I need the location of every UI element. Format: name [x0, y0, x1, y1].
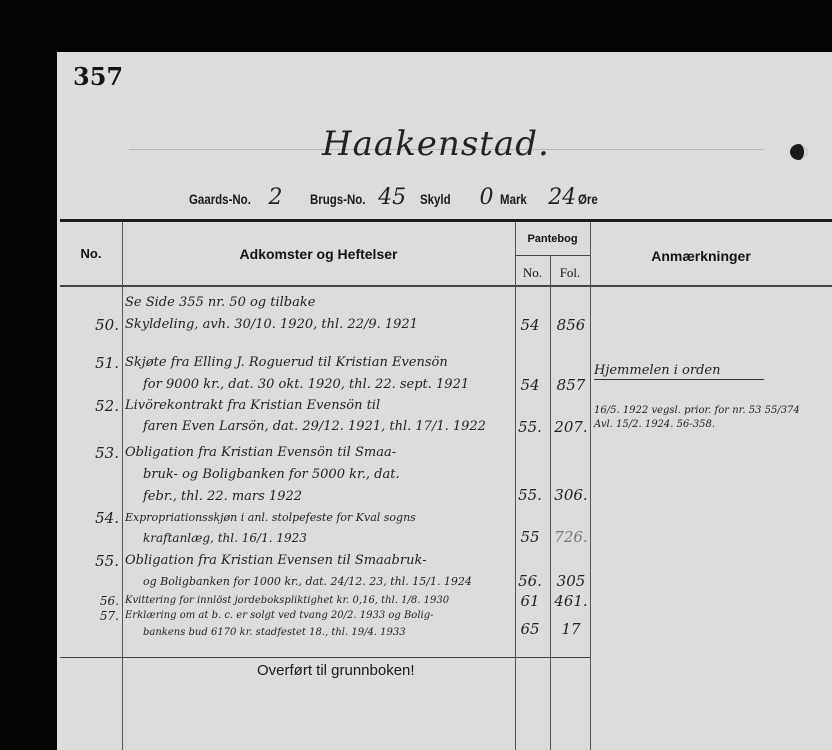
- entry-number: 57.: [57, 609, 119, 623]
- brugs-no-label: Brugs-No.: [310, 191, 365, 207]
- entry-number: 53.: [57, 444, 119, 462]
- pantebog-no: 55: [515, 528, 545, 546]
- pantebog-no: 54: [515, 376, 545, 394]
- pantebog-no: 61: [515, 592, 545, 610]
- intro-line: Se Side 355 nr. 50 og tilbake: [125, 292, 510, 313]
- entry-number: 52.: [57, 397, 119, 415]
- table-top-rule: [60, 219, 832, 222]
- remark-deleted: Avl. 15/2. 1924. 56-358.: [594, 418, 826, 431]
- pantebog-sub-rule: [515, 255, 590, 256]
- pantebog-fol: 207.: [552, 418, 590, 436]
- pantebog-fol: 17: [552, 620, 590, 638]
- entry-text-cont: bruk- og Boligbanken for 5000 kr., dat.: [125, 464, 510, 485]
- entry-number: 54.: [57, 509, 119, 527]
- col-divider-pb-no: [550, 256, 551, 750]
- skyld-label: Skyld: [420, 191, 451, 207]
- gaards-no-label: Gaards-No.: [189, 191, 251, 207]
- page-number: 357: [73, 62, 123, 91]
- entry-number: 55.: [57, 552, 119, 570]
- pantebog-fol: 856: [552, 316, 590, 334]
- entry-text-cont: bankens bud 6170 kr. stadfestet 18., thl…: [125, 622, 510, 643]
- entry-text: Expropriationsskjøn i anl. stolpefeste f…: [125, 507, 510, 528]
- pantebog-fol: 306.: [552, 486, 590, 504]
- entry-text-cont: kraftanlæg, thl. 16/1. 1923: [125, 528, 510, 549]
- entry-number: 56.: [57, 594, 119, 608]
- pantebog-fol: 305: [552, 572, 590, 590]
- pantebog-no: 65: [515, 620, 545, 638]
- header-adkomster: Adkomster og Heftelser: [122, 246, 515, 262]
- entry-text-cont: febr., thl. 22. mars 1922: [125, 486, 510, 507]
- header-no: No.: [60, 246, 122, 261]
- entry-number: 50.: [57, 316, 119, 334]
- col-divider-no: [122, 222, 123, 750]
- entry-text: Skjøte fra Elling J. Roguerud til Kristi…: [125, 352, 510, 373]
- farm-name: Haakenstad.: [322, 124, 550, 164]
- remark-hjemmel: Hjemmelen i orden: [594, 364, 764, 380]
- pantebog-no: 55.: [515, 418, 545, 436]
- header-pantebog-no: No.: [515, 265, 550, 281]
- col-divider-anm: [590, 222, 591, 750]
- ore-label: Øre: [578, 191, 598, 207]
- pantebog-fol: 857: [552, 376, 590, 394]
- header-anmaerkninger: Anmærkninger: [590, 248, 812, 264]
- ledger-page: 357 Haakenstad. Gaards-No. 2 Brugs-No. 4…: [57, 52, 832, 750]
- skyld-value: 0: [480, 185, 494, 210]
- transferred-note: Overført til grunnboken!: [257, 662, 415, 679]
- entry-text: Livörekontrakt fra Kristian Evensön til: [125, 395, 510, 416]
- entry-text: Skyldeling, avh. 30/10. 1920, thl. 22/9.…: [125, 314, 510, 335]
- entry-text-cont: for 9000 kr., dat. 30 okt. 1920, thl. 22…: [125, 374, 510, 395]
- remark-priority: 16/5. 1922 vegsl. prior. for nr. 53 55/3…: [594, 404, 826, 417]
- gaards-no-value: 2: [268, 185, 282, 210]
- pantebog-no: 54: [515, 316, 545, 334]
- entry-text: Obligation fra Kristian Evensön til Smaa…: [125, 442, 510, 463]
- header-pantebog: Pantebog: [515, 233, 590, 245]
- binder-hole-icon: [790, 144, 808, 160]
- entry-number: 51.: [57, 354, 119, 372]
- entry-text-cont: faren Even Larsön, dat. 29/12. 1921, thl…: [125, 416, 510, 437]
- pantebog-no: 56.: [515, 572, 545, 590]
- pantebog-fol: 461.: [552, 592, 590, 610]
- entries-bottom-rule: [60, 657, 590, 658]
- pantebog-no: 55.: [515, 486, 545, 504]
- header-bottom-rule: [60, 285, 832, 287]
- property-meta: Gaards-No. 2 Brugs-No. 45 Skyld 0 Mark 2…: [189, 185, 602, 210]
- entry-text: Obligation fra Kristian Evensen til Smaa…: [125, 550, 510, 571]
- pantebog-fol: 726.: [552, 528, 590, 546]
- header-pantebog-fol: Fol.: [550, 265, 590, 281]
- entry-text-cont: og Boligbanken for 1000 kr., dat. 24/12.…: [125, 571, 510, 592]
- brugs-no-value: 45: [378, 185, 406, 210]
- mark-label: Mark: [500, 191, 527, 207]
- mark-value: 24: [548, 185, 576, 210]
